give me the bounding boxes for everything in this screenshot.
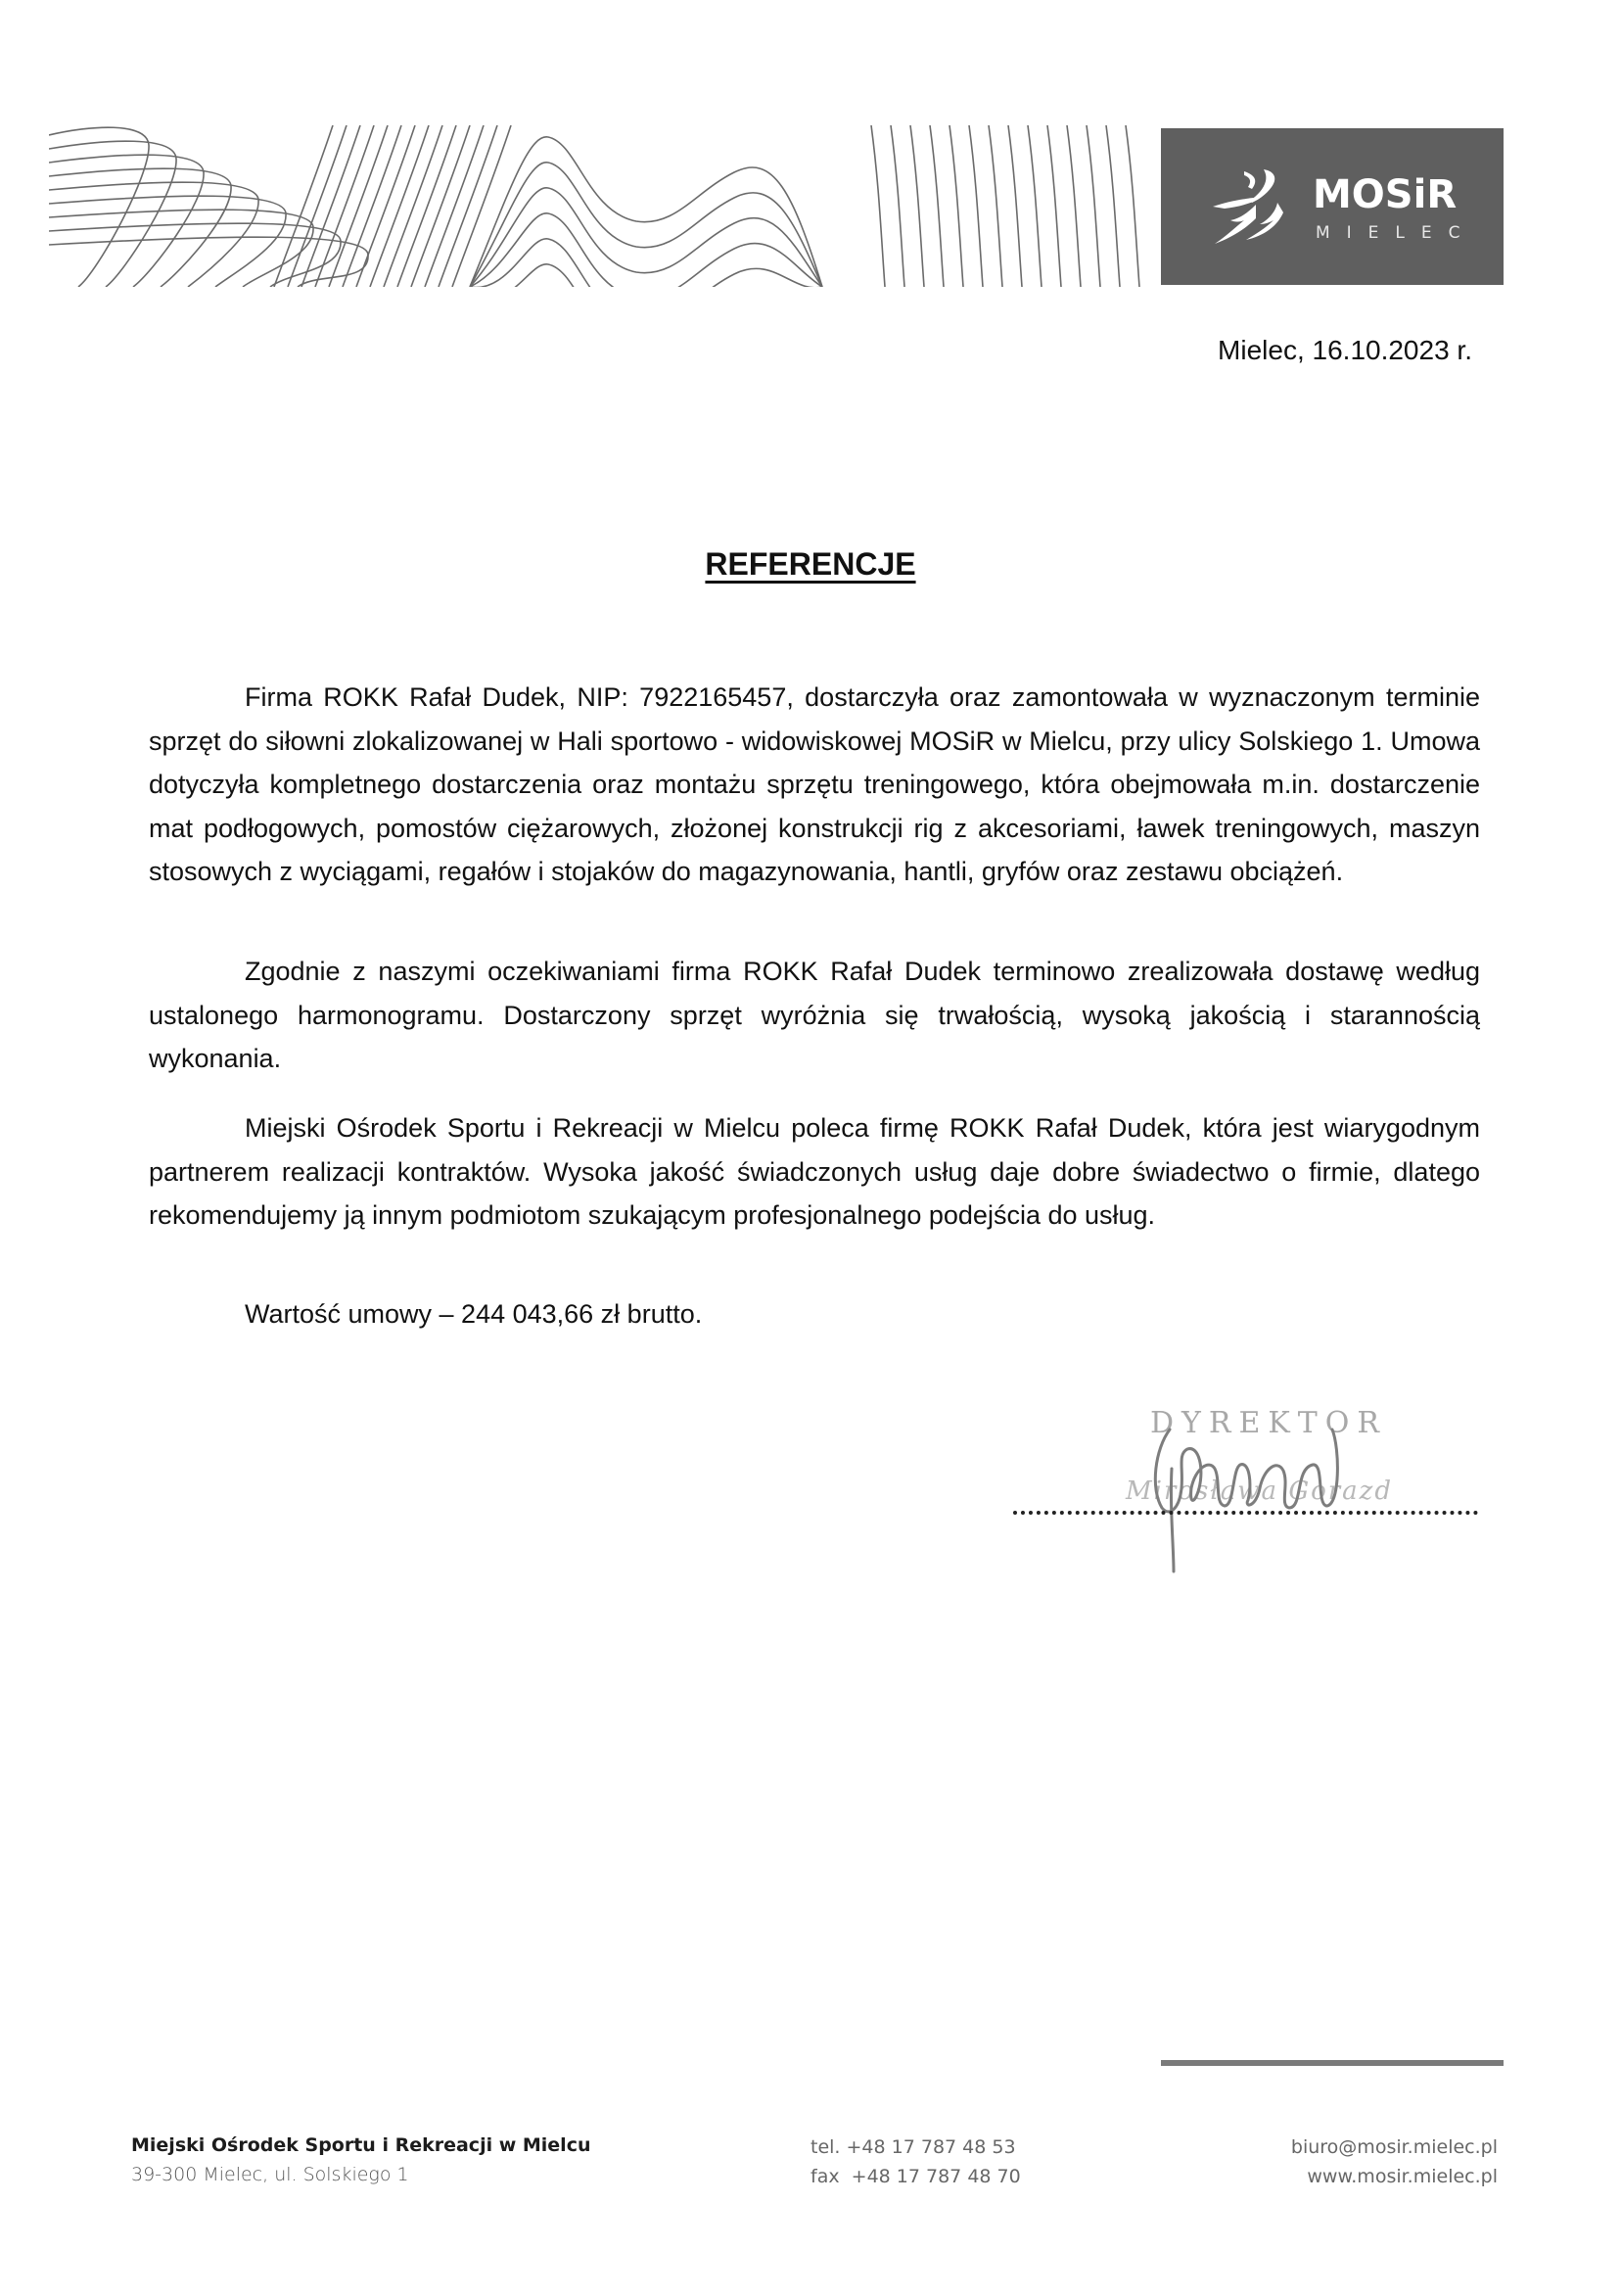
signature-dotted-line xyxy=(1013,1511,1478,1515)
footer-fax: fax +48 17 787 48 70 xyxy=(810,2162,1021,2191)
footer-rule xyxy=(1161,2060,1504,2066)
body-paragraph-2: Zgodnie z naszymi oczekiwaniami firma RO… xyxy=(149,950,1480,1081)
handwritten-signature-icon xyxy=(1131,1410,1385,1576)
footer-tel: tel. +48 17 787 48 53 xyxy=(810,2132,1021,2162)
logo-brand-text: MOSiR xyxy=(1313,175,1457,214)
footer-website[interactable]: www.mosir.mielec.pl xyxy=(1291,2162,1498,2191)
footer-organization: Miejski Ośrodek Sportu i Rekreacji w Mie… xyxy=(131,2131,590,2189)
footer-address: 39-300 Mielec, ul. Solskiego 1 xyxy=(131,2160,590,2189)
paragraph-text: Firma ROKK Rafał Dudek, NIP: 7922165457,… xyxy=(149,682,1480,886)
body-paragraph-1: Firma ROKK Rafał Dudek, NIP: 7922165457,… xyxy=(149,676,1480,894)
footer-org-name: Miejski Ośrodek Sportu i Rekreacji w Mie… xyxy=(131,2131,590,2160)
contract-value: Wartość umowy – 244 043,66 zł brutto. xyxy=(149,1292,1480,1336)
footer-online: biuro@mosir.mielec.pl www.mosir.mielec.p… xyxy=(1291,2132,1498,2191)
footer-phone-fax: tel. +48 17 787 48 53 fax +48 17 787 48 … xyxy=(810,2132,1021,2191)
body-paragraph-3: Miejski Ośrodek Sportu i Rekreacji w Mie… xyxy=(149,1106,1480,1238)
place-and-date: Mielec, 16.10.2023 r. xyxy=(1218,335,1472,366)
runner-figure-icon xyxy=(1205,167,1303,248)
document-title: REFERENCJE xyxy=(705,546,915,582)
contract-value-text: Wartość umowy – 244 043,66 zł brutto. xyxy=(245,1299,702,1329)
footer-email[interactable]: biuro@mosir.mielec.pl xyxy=(1291,2132,1498,2162)
document-title-wrapper: REFERENCJE xyxy=(0,546,1621,583)
paragraph-text: Zgodnie z naszymi oczekiwaniami firma RO… xyxy=(149,957,1480,1073)
mosir-logo: MOSiR MIELEC xyxy=(1161,128,1504,285)
paragraph-text: Miejski Ośrodek Sportu i Rekreacji w Mie… xyxy=(149,1113,1480,1230)
logo-city-text: MIELEC xyxy=(1316,224,1477,242)
topographic-wave-lines-icon xyxy=(49,125,1150,287)
